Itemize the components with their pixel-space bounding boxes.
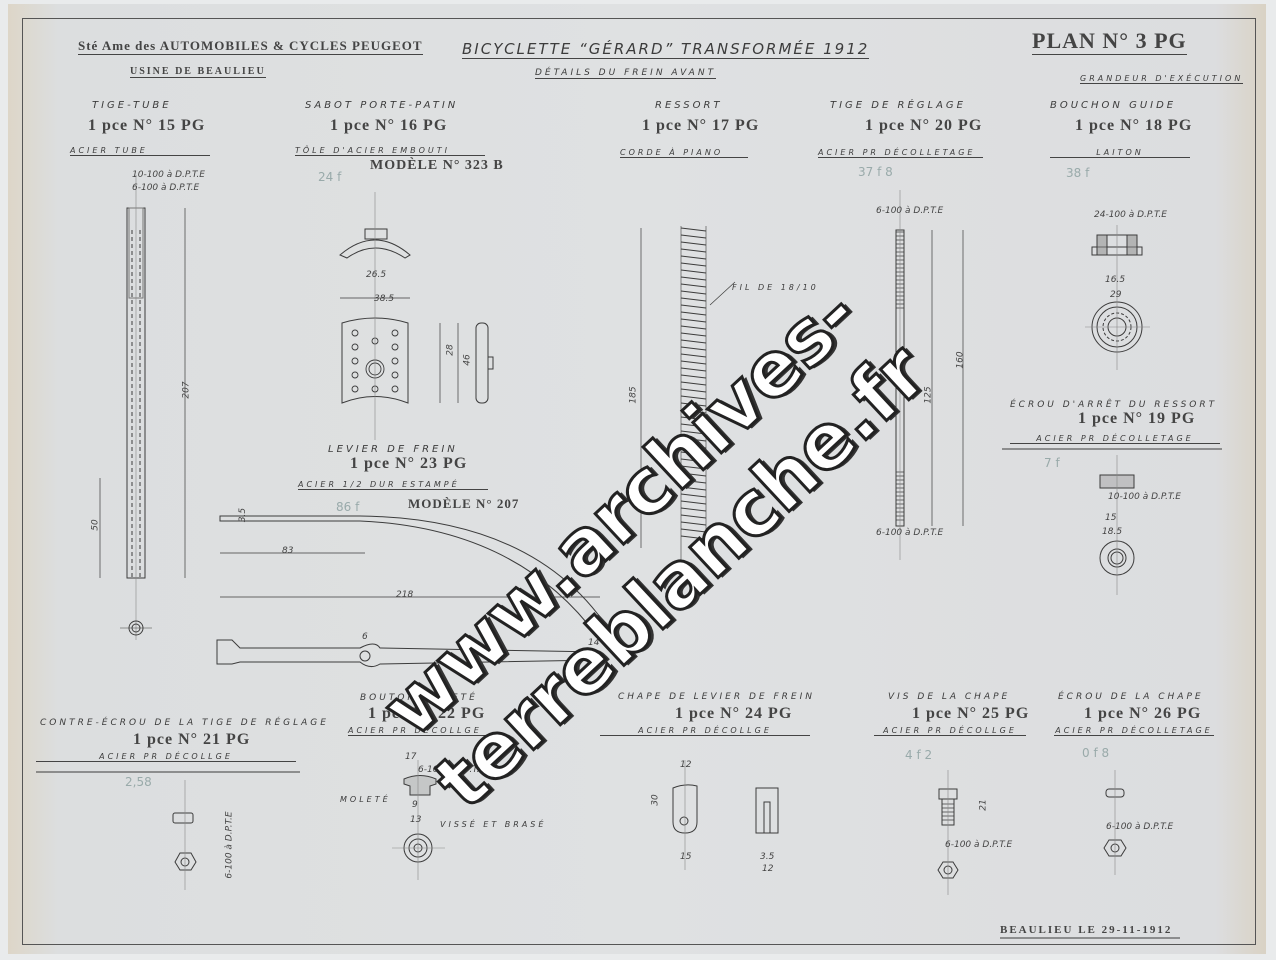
dimension-label: 10-100 à D.P.T.E (132, 170, 205, 180)
dimension-label: 6-100 à D.P.T.E (225, 811, 235, 878)
ecrou-arret-drawing (1100, 455, 1134, 595)
dimension-label: 12 (762, 864, 773, 874)
dimension-label: 6-100 à D.P.T.E (1106, 822, 1173, 832)
dimension-label: 16.5 (1105, 275, 1125, 285)
dimension-label: 10-100 à D.P.T.E (1108, 492, 1181, 502)
dimension-label: 218 (396, 590, 413, 600)
sabot-drawing (340, 192, 493, 440)
dimension-label: 21 (979, 799, 989, 810)
dimension-label: 38.5 (374, 294, 394, 304)
dimension-label: 46 (463, 354, 473, 365)
dimension-label: 18.5 (1102, 527, 1122, 537)
dimension-label: 26.5 (366, 270, 386, 280)
dimension-label: 12 (680, 760, 691, 770)
place-date: BEAULIEU LE 29-11-1912 (1000, 924, 1172, 936)
dimension-label: 185 (629, 386, 639, 403)
dimension-label: 15 (680, 852, 691, 862)
dimension-label: 15 (1105, 513, 1116, 523)
contre-ecrou-drawing (173, 780, 196, 890)
dimension-label: 30 (651, 794, 661, 805)
tige-tube-drawing (100, 175, 185, 640)
dimension-label: 6-100 à D.P.T.E (876, 528, 943, 538)
dimension-label: 207 (182, 381, 192, 398)
dimension-label: 50 (91, 519, 101, 530)
dimension-label: 83 (282, 546, 293, 556)
dimension-label: 3.5 (238, 508, 248, 522)
vis-drawing (938, 770, 958, 895)
dimension-label: 6-100 à D.P.T.E (132, 183, 199, 193)
dimension-label: 6-100 à D.P.T.E (945, 840, 1012, 850)
dimension-label: 3.5 (760, 852, 774, 862)
dimension-label: 29 (1110, 290, 1121, 300)
dimension-label: 24-100 à D.P.T.E (1094, 210, 1167, 220)
dimension-label: 28 (446, 344, 456, 355)
dimension-label: 6 (362, 632, 368, 642)
